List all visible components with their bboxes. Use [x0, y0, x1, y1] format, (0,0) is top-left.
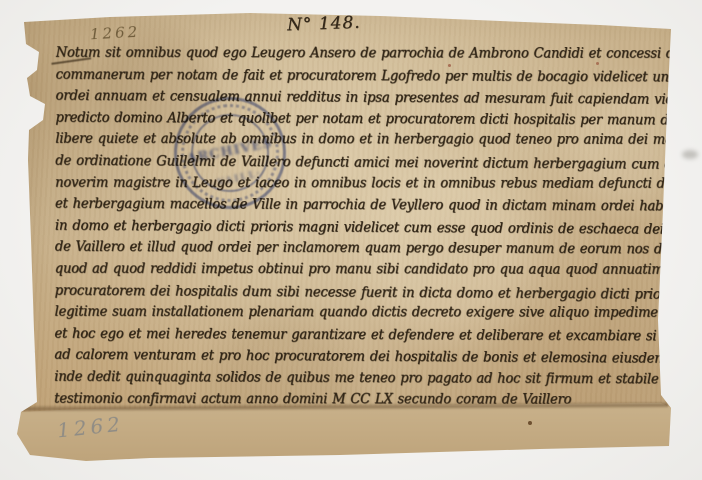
year-annotation-ink: 1262: [90, 23, 141, 44]
year-annotation-pencil: 1262: [56, 412, 125, 443]
manuscript-line: et herbergagium macellos de Ville in par…: [55, 194, 651, 218]
manuscript-line: noverim magistre in Leugo et iaceo in om…: [55, 172, 651, 195]
manuscript-line: testimonio confirmavi actum anno domini …: [54, 388, 650, 411]
manuscript-line: commanerum per notam de fait et procurat…: [56, 64, 652, 88]
ink-speck: [528, 421, 532, 425]
manuscript-line: et hoc ego et mei heredes tenemur garant…: [54, 323, 650, 347]
margin-mark: [30, 350, 35, 354]
manuscript-line: quod ad quod reddidi impetus obtinui pro…: [55, 259, 651, 282]
manuscript-line: libere quiete et absolute ab omnibus in …: [55, 129, 651, 152]
archive-stamp-icon: ARCHIVES ·VAILL·: [168, 91, 293, 216]
catalog-number-annotation: N° 148.: [287, 13, 361, 36]
background-smudge: [682, 150, 698, 159]
manuscript-line: Notum sit omnibus quod ego Leugero Anser…: [56, 43, 652, 66]
manuscript-text-block: Notum sit omnibus quod ego Leugero Anser…: [54, 43, 670, 418]
scan-background: Notum sit omnibus quod ego Leugero Anser…: [0, 0, 702, 480]
manuscript-line: de Vaillero et illud quod ordei per incl…: [55, 237, 651, 261]
parchment-charter: Notum sit omnibus quod ego Leugero Anser…: [0, 0, 702, 480]
manuscript-line: legitime suam installationem plenariam q…: [55, 302, 651, 325]
manuscript-line: inde dedit quinquaginta solidos de quibu…: [54, 367, 650, 391]
